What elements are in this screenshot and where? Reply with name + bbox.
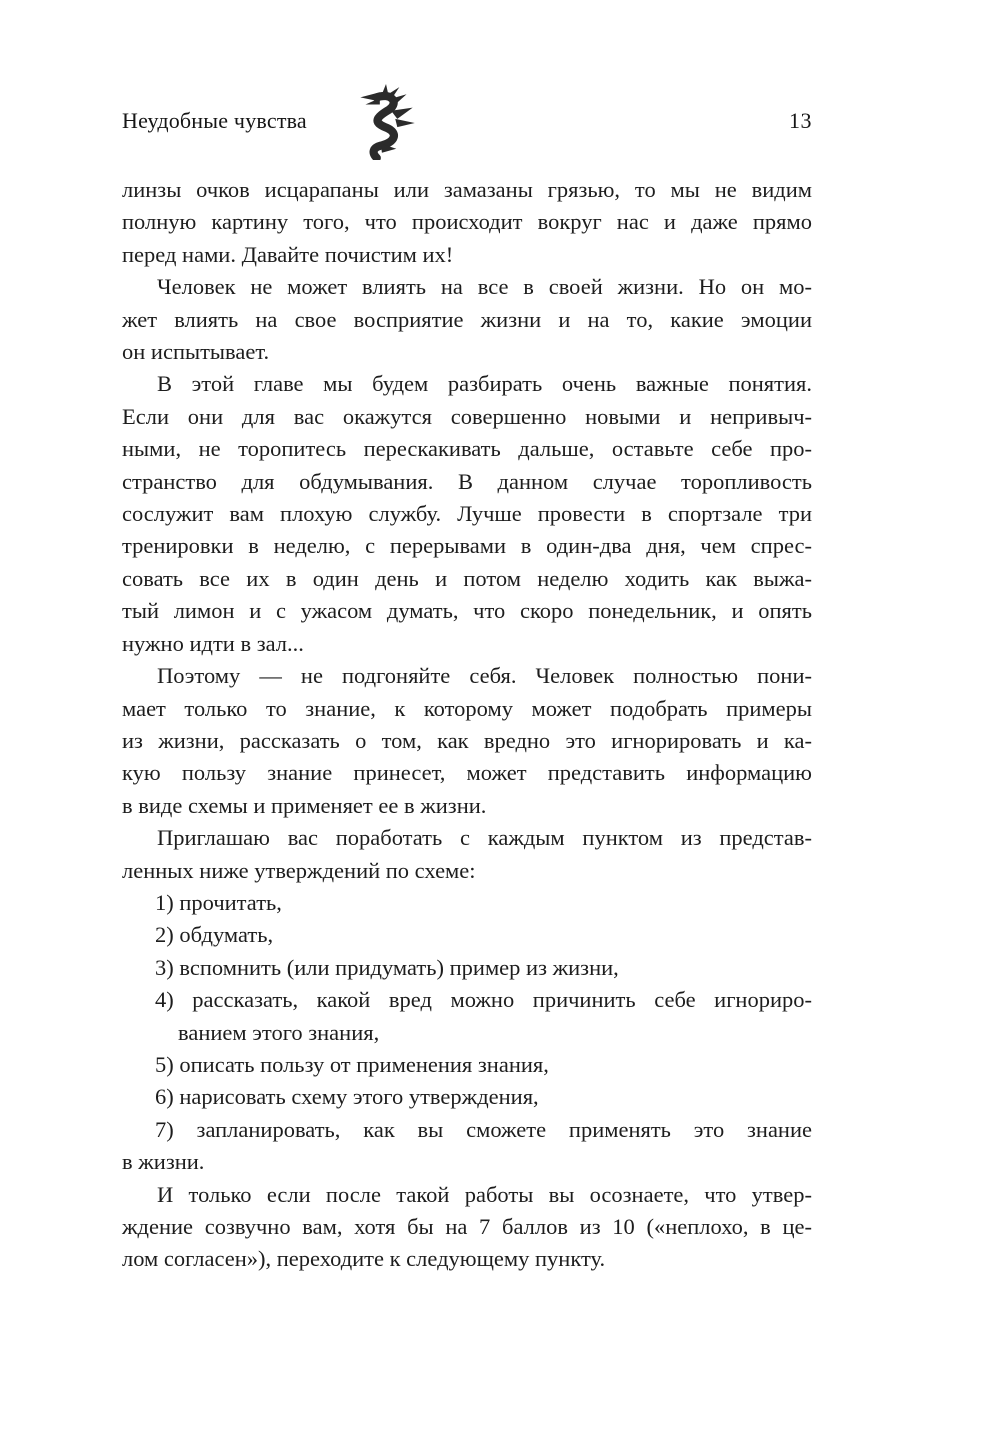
paragraph-line: полную картину того, что происходит вокр… (122, 206, 812, 238)
paragraph-line: тренировки в неделю, с перерывами в один… (122, 530, 812, 562)
paragraph-line: Человек не может влиять на все в своей ж… (122, 271, 812, 303)
list-item-line: 4) рассказать, какой вред можно причинит… (122, 984, 812, 1016)
paragraph-line: кую пользу знание принесет, может предст… (122, 757, 812, 789)
paragraph-line: Поэтому — не подгоняйте себя. Человек по… (122, 660, 812, 692)
paragraph-line: в виде схемы и применяет ее в жизни. (122, 790, 812, 822)
paragraph-line: ждение созвучно вам, хотя бы на 7 баллов… (122, 1211, 812, 1243)
paragraph-line: он испытывает. (122, 336, 812, 368)
body-text: линзы очков исцарапаны или замазаны гряз… (122, 174, 812, 1276)
paragraph-line: тый лимон и с ужасом думать, что скоро п… (122, 595, 812, 627)
paragraph-line: линзы очков исцарапаны или замазаны гряз… (122, 174, 812, 206)
paragraph-line: В этой главе мы будем разбирать очень ва… (122, 368, 812, 400)
list-item-line: 7) запланировать, как вы сможете применя… (122, 1114, 812, 1146)
dragon-ornament-icon (354, 84, 418, 160)
book-page: Неудобные чувства 13 линзы очков исцарап… (0, 0, 986, 1447)
paragraph-line: Приглашаю вас поработать с каждым пункто… (122, 822, 812, 854)
list-item-line: 1) прочитать, (122, 887, 812, 919)
paragraph-line: жет влиять на свое восприятие жизни и на… (122, 304, 812, 336)
list-item-line: 2) обдумать, (122, 919, 812, 951)
paragraph-line: ными, не торопитесь перескакивать дальше… (122, 433, 812, 465)
paragraph-line: странство для обдумывания. В данном случ… (122, 466, 812, 498)
paragraph-line: Если они для вас окажутся совершенно нов… (122, 401, 812, 433)
paragraph-line: нужно идти в зал... (122, 628, 812, 660)
page-number: 13 (789, 108, 812, 134)
list-item-line: 6) нарисовать схему этого утверждения, (122, 1081, 812, 1113)
paragraph-line: из жизни, рассказать о том, как вредно э… (122, 725, 812, 757)
list-item-line: ванием этого знания, (122, 1017, 812, 1049)
paragraph-line: совать все их в один день и потом неделю… (122, 563, 812, 595)
paragraph-line: лом согласен»), переходите к следующему … (122, 1243, 812, 1275)
list-item-line: 3) вспомнить (или придумать) пример из ж… (122, 952, 812, 984)
running-title: Неудобные чувства (122, 108, 307, 134)
paragraph-line: перед нами. Давайте почистим их! (122, 239, 812, 271)
page-header: Неудобные чувства 13 (122, 108, 812, 134)
paragraph-line: сослужит вам плохую службу. Лучше провес… (122, 498, 812, 530)
list-item-line: в жизни. (122, 1146, 812, 1178)
paragraph-line: ленных ниже утверждений по схеме: (122, 855, 812, 887)
paragraph-line: И только если после такой работы вы осоз… (122, 1179, 812, 1211)
list-item-line: 5) описать пользу от применения знания, (122, 1049, 812, 1081)
paragraph-line: мает только то знание, к которому может … (122, 693, 812, 725)
